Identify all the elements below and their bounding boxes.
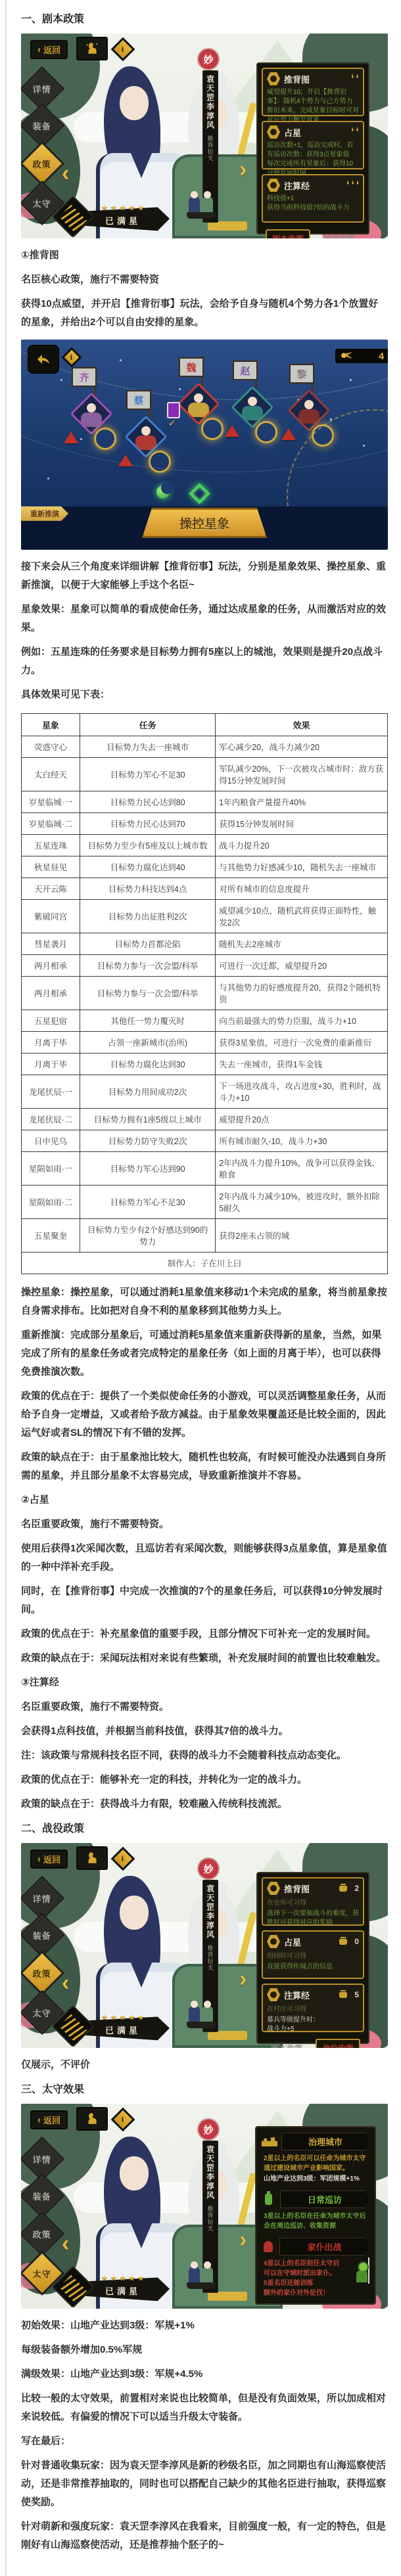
paragraph: ②占星 (21, 1491, 388, 1509)
table-row: 月离于毕 目标势力腐化达到30 失去一座城市，获得1车金钱 (22, 1054, 388, 1075)
constellation-badge-icon (281, 428, 296, 440)
target-ring-icon (312, 424, 334, 447)
star-icon: ★ (120, 2013, 126, 2022)
campaign-card-zhusuanjing[interactable]: 注算经5 在村庄可习得 募兵等级提升时： 战斗力+5 (262, 1984, 364, 2032)
table-row: 五星连珠 目标势力至少有5座及以上城市数 战斗力提升20 (22, 835, 388, 856)
text-block-1: ①推背图名臣核心政策，施行不需要特资获得10点威望，并开启【推背衍事】玩法，会给… (21, 246, 388, 332)
table-row: 日中见乌 目标势力防守失败2次 所有城市耐久-10，战斗力+30 (22, 1130, 388, 1152)
back-chevron-icon: ‹ (37, 2115, 41, 2125)
policy-hex-icon (267, 1988, 280, 2001)
crescent-gem-icon[interactable] (156, 485, 170, 499)
paragraph: 每级装备额外增加0.5%军规 (21, 2341, 388, 2359)
cell-effect: 军心减少20，战斗力减少20 (216, 736, 388, 758)
star-icon: ★ (129, 204, 135, 212)
full-star-label: 已满星 (105, 2284, 141, 2297)
cell-effect: 对所有城市的信息度提升 (216, 878, 388, 900)
star-icon: ★ (110, 2013, 117, 2022)
miao-grade-seal: 妙 (199, 2120, 218, 2139)
cell-task: 目标势力首都沦陷 (80, 933, 216, 955)
paragraph: 政策的缺点在于：获得战斗力有限，较难融入传统科技流派。 (21, 1795, 388, 1813)
paragraph: 重新推演：完成部分星象后，可通过消耗5星象值来重新获得新的星象，当然，如果完成了… (21, 1326, 388, 1381)
cell-task: 占领一座新城市(治所) (80, 1032, 216, 1054)
paragraph: 星象效果：星象可以简单的看成使命任务，通过达成星象的任务，从而激活对应的效果。 (21, 600, 388, 637)
paragraph: 例如：五星连珠的任务要求是目标势力拥有5座以上的城池，效果则是提升20点战斗力。 (21, 643, 388, 680)
cost-count: 5 (354, 1990, 359, 1999)
star-icon: ★ (101, 2013, 108, 2022)
back-button[interactable]: ‹返回 (30, 40, 68, 59)
cell-star: 星陨如雨·二 (22, 1186, 80, 1219)
paragraph: 比较一般的太守效果，前置相对来说也比较简单，但是没有负面效果，所以加成相对来说较… (21, 2389, 388, 2426)
cell-effect: 向当前最强大的势力臣服，战斗力+10 (216, 1010, 388, 1032)
section-heading-2: 二、战役政策 (21, 1820, 388, 1835)
paragraph: 操控星象：操控星象，可以通过消耗1星象值来移动1个未完成的星象，将当前星象按自身… (21, 1283, 388, 1320)
comet-icon (341, 351, 354, 361)
statue-button[interactable] (76, 1846, 108, 1870)
table-row: 龙尾伏辰·二 目标势力拥有1座5级以上城市 威望提升20点 (22, 1109, 388, 1130)
star-icon: ★ (129, 2013, 135, 2022)
table-row: 彗星袭月 目标势力首都沦陷 随机失去2座城市 (22, 933, 388, 955)
cell-effect: 失去一座城市，获得1车金钱 (216, 1054, 388, 1075)
table-row: 两月相承 目标势力参与一次会盟/科举 可进行一次迁都，威望提升20 (22, 955, 388, 977)
screenshot-campaign-policy: ‹返回 i 详情 装备 政策 太守 ‹ › 妙 袁天罡李淳风推背衍天 ★★★★★… (21, 1843, 388, 2048)
cost-quote-icons: ,, (349, 127, 359, 137)
cell-effect: 2年内战斗力提升10%，战争可以获得金钱、粮食 (216, 1152, 388, 1186)
faction-node[interactable]: 魏 ✓ (177, 356, 217, 461)
back-chevron-icon: ‹ (37, 45, 41, 55)
faction-flag: 齐 (72, 367, 97, 387)
paragraph: 名臣重要政策，施行不需要特资。 (21, 1698, 388, 1716)
cell-task: 目标势力出征胜利2次 (80, 900, 216, 933)
policy-tabs: 剧本政策 战役政策 (262, 227, 364, 238)
table-row: 五星聚奎 目标势力至少有2个好感达到90的势力 获得2座未占领的城 (22, 1219, 388, 1253)
prev-arrow-icon[interactable]: ‹ (62, 162, 69, 185)
paragraph: 政策的优点在于：能够补充一定的科技，并转化为一定的战斗力。 (21, 1771, 388, 1789)
cell-star: 荧惑守心 (22, 736, 80, 758)
paragraph: 政策的缺点在于：采闻玩法相对来说有些繁琐，补充发展时间的前置也比较难触发。 (21, 1649, 388, 1668)
back-arrow-icon (35, 351, 52, 367)
control-stars-button[interactable]: 操控星象 (142, 508, 267, 538)
star-icon: ★ (138, 2013, 145, 2022)
paragraph: 满级效果：山地产业达到3级：军规+4.5% (21, 2365, 388, 2384)
info-icon: i (122, 2115, 124, 2125)
paragraph: 政策的优点在于：补充星象值的重要手段，且部分情况下可补充一定的发展时间。 (21, 1625, 388, 1643)
cell-task: 目标势力民心达到80 (80, 791, 216, 813)
campaign-policy-panel: 推背图2 在仓库可习得 选择下一次要抽战斗的难度，获胜时可获得对应的奖励 占星0… (256, 1872, 369, 2044)
pot-cost-icon (339, 1939, 347, 1945)
table-row: 星陨如雨·一 目标势力军心达到90 2年内战斗力提升10%，战争可以获得金钱、粮… (22, 1152, 388, 1186)
table-row: 两月相承 目标势力参与一次会盟/科举 与其他势力的好感度提升20，获得2个随机特… (22, 977, 388, 1010)
paragraph: 使用后获得1次采闻次数，且巡访若有采闻次数，则能够获得3点星象值，算是星象值的一… (21, 1540, 388, 1576)
next-arrow-icon[interactable]: › (239, 158, 247, 181)
policy-hex-icon (267, 1935, 280, 1948)
paragraph: 同时，在【推背衍事】中完成一次推演的7个的星象任务后，可以获得10分钟发展时间。 (21, 1582, 388, 1619)
cell-star: 彗星袭月 (22, 933, 80, 955)
constellation-badge-icon (64, 432, 78, 443)
text-block-2: 接下来会从三个角度来详细讲解【推背衍事】玩法，分别是星象效果、操控星象、重新推演… (21, 558, 388, 704)
pot-cost-icon (339, 1992, 347, 1998)
city-icon (262, 2137, 277, 2146)
table-row: 五星犯宿 其他任一势力覆灭时 向当前最强大的势力臣服，战斗力+10 (22, 1010, 388, 1032)
learn-condition: 在村庄可习得 (267, 2003, 359, 2013)
faction-flag: 赵 (233, 361, 258, 380)
policy-hex-icon (267, 179, 280, 192)
info-button[interactable]: i (111, 1847, 135, 1871)
tab-script-policy[interactable]: 剧本政策 (266, 229, 310, 238)
info-button[interactable]: i (111, 2108, 135, 2132)
constellation-badge-icon (225, 425, 239, 437)
cell-star: 紫破同宫 (22, 900, 80, 933)
cell-task: 目标势力腐化达到30 (80, 1054, 216, 1075)
statue-icon (84, 41, 100, 56)
cell-task: 目标势力参与一次会盟/科举 (80, 955, 216, 977)
statue-icon (84, 2112, 100, 2126)
cell-task: 目标势力军心不足30 (80, 758, 216, 791)
star-effects-table: 星象 任务 效果 荧惑守心 目标势力失去一座城市 军心减少20，战斗力减少20 … (21, 713, 388, 1274)
constellation-badge-icon (118, 455, 133, 466)
miao-grade-seal: 妙 (199, 1859, 218, 1878)
cell-star: 五星犯宿 (22, 1010, 80, 1032)
cell-task: 目标势力至少有2个好感达到90的势力 (80, 1219, 216, 1253)
redo-deduction-ribbon[interactable]: 重新推演 (21, 506, 68, 521)
cell-task: 目标势力防守失败2次 (80, 1130, 216, 1152)
cell-effect: 获得2座未占领的城 (216, 1219, 388, 1253)
paragraph: ①推背图 (21, 246, 388, 265)
cell-effect: 2年内战斗力减少10%，被进攻时，额外扣除5耐久 (216, 1186, 388, 1219)
star-icon: ★ (138, 2274, 145, 2282)
table-row: 紫破同宫 目标势力出征胜利2次 威望减少10点，随机武将获得正面特性，触发2次 (22, 900, 388, 933)
cell-task: 目标势力至少有5座及以上城市数 (80, 835, 216, 856)
policy-panel: 推背图,, 威望提升10，开启【推背衍事】：随机4个势力与己方势力推衍未来，完成… (256, 62, 369, 234)
paragraph: 仅展示，不评价 (21, 2056, 388, 2074)
cell-task: 目标势力科技达到4点 (80, 878, 216, 900)
back-button[interactable]: ‹返回 (30, 2110, 68, 2129)
target-ring-icon (201, 418, 224, 440)
section-heading-3: 三、太守效果 (21, 2081, 388, 2096)
statue-icon (84, 1851, 100, 1865)
cell-task: 其他任一势力覆灭时 (80, 1010, 216, 1032)
star-value-counter: 4 (335, 349, 388, 363)
cost-count: 0 (354, 1937, 359, 1946)
table-footer-row: 制作人：子在川上曰 (22, 1253, 388, 1274)
diamond-gem-icon[interactable] (189, 483, 210, 504)
paragraph: 初始效果：山地产业达到3级：军规+1% (21, 2317, 388, 2335)
cell-effect: 威望减少10点，随机武将获得正面特性，触发2次 (216, 900, 388, 933)
cell-star: 太白经天 (22, 758, 80, 791)
policy-tabs: 剧本政策 战役政策 (262, 2037, 364, 2048)
policy-card-zhusuanjing[interactable]: 注算经,,, 科技值+1 获得当前科技值7倍的战斗力 (262, 174, 364, 223)
cell-effect: 威望提升20点 (216, 1109, 388, 1130)
cost-count: 2 (354, 1884, 359, 1893)
cell-star: 龙尾伏辰·二 (22, 1109, 80, 1130)
faction-flag: 魏 (179, 357, 204, 377)
cell-star: 岁星临城·一 (22, 791, 80, 813)
advisor-chibi-pair (187, 2260, 216, 2289)
full-star-label: 已满星 (105, 2024, 141, 2036)
cell-effect: 下一场进攻战斗，攻占进度+30，胜利时，战斗力+10 (216, 1075, 388, 1109)
cell-task: 目标势力参与一次会盟/科举 (80, 977, 216, 1010)
cell-star: 岁星临城·二 (22, 813, 80, 835)
govern-city-section: 治理城市 2星以上的名臣可以任命为城市太守 通过建设城市产业影响国家。 山地产业… (262, 2133, 369, 2184)
table-header-row: 星象 任务 效果 (22, 714, 388, 736)
shield-icon (51, 2265, 94, 2308)
star-icon: ★ (138, 204, 145, 212)
cell-effect: 军队减少20%，下一次被攻占城市时：敌方获得15分钟发展时间 (216, 758, 388, 791)
cell-effect: 随机失去2座城市 (216, 933, 388, 955)
daily-patrol-section: 日常巡访 3星以上的名臣在任命为城市太守后 会在周边巡访、收集资源 (262, 2190, 369, 2231)
paragraph: 接下来会从三个角度来详细讲解【推背衍事】玩法，分别是星象效果、操控星象、重新推演… (21, 558, 388, 594)
faction-node[interactable]: 蔡 ✓ (125, 389, 164, 494)
cell-task: 目标势力民心达到70 (80, 813, 216, 835)
col-header-task: 任务 (80, 714, 216, 736)
paragraph: 名臣重要政策，施行不需要特资。 (21, 1515, 388, 1534)
cell-star: 月离于毕 (22, 1032, 80, 1054)
table-row: 荧惑守心 目标势力失去一座城市 军心减少20，战斗力减少20 (22, 736, 388, 758)
miao-grade-seal: 妙 (199, 49, 218, 69)
paragraph: 政策的优点在于：提供了一个类似使命任务的小游戏，可以灵活调整星象任务，从而给予自… (21, 1387, 388, 1442)
cell-task: 目标势力军心达到90 (80, 1152, 216, 1186)
cell-star: 天开云陈 (22, 878, 80, 900)
soldier-chibi (354, 2261, 369, 2284)
advisor-chibi-pair (187, 1999, 216, 2028)
shield-icon (51, 195, 94, 238)
check-icon: ✓ (168, 418, 176, 429)
faction-flag: 蔡 (126, 390, 151, 410)
cell-effect: 所有城市耐久-10，战斗力+30 (216, 1130, 388, 1152)
tab-campaign-policy[interactable]: 战役政策 (316, 2039, 360, 2048)
prev-arrow-icon[interactable]: ‹ (62, 1972, 69, 1994)
cell-effect: 获得15分钟发展时间 (216, 813, 388, 835)
table-row: 天开云陈 目标势力科技达到4点 对所有城市的信息度提升 (22, 878, 388, 900)
tab-script-policy[interactable]: 剧本政策 (266, 2040, 308, 2048)
next-arrow-icon[interactable]: › (239, 2229, 247, 2251)
cell-effect: 与其他势力的好感度提升20，获得2个随机特资 (216, 977, 388, 1010)
advisor-chibi-pair (187, 190, 216, 219)
star-icon: ★ (129, 2274, 135, 2282)
faction-node[interactable]: 齐 ✓ (70, 366, 110, 471)
table-row: 秋星昼见 目标势力腐化达到40 与其他势力好感减少10，随机失去一座城市 (22, 856, 388, 878)
target-ring-icon (94, 428, 116, 450)
target-ring-icon (255, 421, 277, 443)
cell-star: 两月相承 (22, 955, 80, 977)
cell-task: 目标势力用间成功2次 (80, 1075, 216, 1109)
star-icon: ★ (101, 204, 108, 212)
cell-star: 两月相承 (22, 977, 80, 1010)
target-ring-icon (149, 451, 171, 473)
screenshot-script-policy: ‹返回 i 详情 装备 政策 太守 ‹ › 妙 袁天罡李淳风推背衍天 ★★★★★… (21, 33, 388, 238)
campaign-card-zhanxing[interactable]: 占星0 用间时可习得 直接获得传闻点的信息 (262, 1930, 364, 1979)
cell-effect: 与其他势力好感减少10，随机失去一座城市 (216, 856, 388, 878)
paragraph: 获得10点威望，并开启【推背衍事】玩法，会给予自身与随机4个势力各1个放置好的星… (21, 295, 388, 332)
cell-star: 五星聚奎 (22, 1219, 80, 1253)
cell-effect: 获得3星象值，可进行一次免费的重新推衍 (216, 1032, 388, 1054)
paragraph: 针对萌新和强度玩家：袁天罡李淳风在我看来，目前强度一般，有一定的特色，但是刚好有… (21, 2518, 388, 2554)
paragraph: 针对普通收集玩家：因为袁天罡李淳风是新的秒级名臣，加之同期也有山海巡察使活动，还… (21, 2456, 388, 2512)
star-row: ★★★★★ (101, 2013, 144, 2022)
cell-star: 日中见乌 (22, 1130, 80, 1152)
section-heading-1: 一、剧本政策 (21, 11, 388, 26)
star-icon: ★ (101, 2274, 108, 2282)
text-block-5: 初始效果：山地产业达到3级：军规+1%每级装备额外增加0.5%军规满级效果：山地… (21, 2317, 388, 2554)
col-header-star: 星象 (22, 714, 80, 736)
statue-button[interactable] (76, 37, 108, 60)
text-block-3: 操控星象：操控星象，可以通过消耗1星象值来移动1个未完成的星象，将当前星象按自身… (21, 1283, 388, 1813)
star-icon: ★ (120, 2274, 126, 2282)
paragraph: 政策的缺点在于：由于星象池比较大，随机性也较高，有时候可能没办法遇到自身所需的星… (21, 1448, 388, 1485)
col-header-effect: 效果 (216, 714, 388, 736)
cell-task: 目标势力失去一座城市 (80, 736, 216, 758)
star-rating-banner: ★★★★★ 已满星 (58, 199, 170, 233)
paragraph: 注：该政策与常规科技名臣不同，获得的战斗力不会随着科技点动态变化。 (21, 1746, 388, 1765)
cell-star: 月离于毕 (22, 1054, 80, 1075)
statue-button[interactable] (76, 2107, 108, 2131)
faction-node[interactable]: 赵 ✓ (231, 359, 271, 464)
cell-star: 星陨如雨·一 (22, 1152, 80, 1186)
star-icon: ★ (120, 204, 126, 212)
paragraph: ③注算经 (21, 1674, 388, 1692)
tab-campaign-policy[interactable]: 战役政策 (318, 231, 360, 238)
faction-node[interactable]: 黎 ✓ (288, 363, 327, 468)
text-block-4: 仅展示，不评价 (21, 2056, 388, 2074)
back-button[interactable]: ‹返回 (30, 1850, 68, 1869)
cell-effect: 战斗力提升20 (216, 835, 388, 856)
star-icon: ★ (110, 204, 117, 212)
prev-arrow-icon[interactable]: ‹ (62, 2232, 69, 2255)
info-button[interactable]: i (111, 37, 135, 62)
taishou-panel: 治理城市 2星以上的名臣可以任命为城市太守 通过建设城市产业影响国家。 山地产业… (255, 2126, 376, 2305)
star-value-count: 4 (379, 351, 384, 361)
paragraph: 会获得1点科技值，并根据当前科技值，获得其7倍的战斗力。 (21, 1722, 388, 1741)
pot-cost-icon (339, 1886, 347, 1892)
faction-flag: 黎 (289, 364, 314, 384)
table-row: 星陨如雨·二 目标势力军心不足30 2年内战斗力减少10%，被进攻时，额外扣除5… (22, 1186, 388, 1219)
star-rating-banner: ★★★★★ 已满星 (58, 2269, 170, 2303)
learn-condition: 在仓库可习得 (267, 1897, 359, 1907)
star-row: ★★★★★ (101, 2274, 144, 2282)
bottle-icon (265, 2194, 272, 2205)
policy-card-zhanxing[interactable]: 占星,, 巡访次数+1，巡访完成时，若有巡访次数：获得3点星象值 每次完成所有星… (262, 121, 364, 169)
cell-task: 目标势力腐化达到40 (80, 856, 216, 878)
cell-star: 秋星昼见 (22, 856, 80, 878)
cost-quote-icons: ,, (349, 74, 359, 84)
cost-quote-icons: ,,, (344, 180, 359, 190)
info-icon: i (122, 45, 124, 55)
table-row: 太白经天 目标势力军心不足30 军队减少20%，下一次被攻占城市时：敌方获得15… (22, 758, 388, 791)
shield-icon (51, 2005, 94, 2047)
placed-star-card-icon (167, 402, 180, 418)
servant-icon (264, 2241, 273, 2252)
table-row: 岁星临城·一 目标势力民心达到80 1年内粮食产量提升40% (22, 791, 388, 813)
campaign-card-tuibeitu[interactable]: 推背图2 在仓库可习得 选择下一次要抽战斗的难度，获胜时可获得对应的奖励 (262, 1877, 364, 1926)
back-chevron-icon: ‹ (37, 1854, 41, 1864)
cell-effect: 可进行一次迁都，威望提升20 (216, 955, 388, 977)
policy-hex-icon (267, 125, 280, 139)
paragraph: 写在最后： (21, 2432, 388, 2451)
paragraph: 名臣核心政策，施行不需要特资 (21, 271, 388, 289)
table-row: 龙尾伏辰·一 目标势力用间成功2次 下一场进攻战斗，攻占进度+30，胜利时，战斗… (22, 1075, 388, 1109)
cell-effect: 1年内粮食产量提升40% (216, 791, 388, 813)
full-star-label: 已满星 (105, 214, 141, 227)
table-row: 岁星临城·二 目标势力民心达到70 获得15分钟发展时间 (22, 813, 388, 835)
screenshot-taishou-effects: ‹返回 i 详情 装备 政策 太守 ‹ › 妙 袁天罡李淳风推背衍天 ★★★★★… (21, 2104, 388, 2309)
paragraph: 具体效果可见下表： (21, 686, 388, 704)
table-row: 月离于毕 占领一座新城市(治所) 获得3星象值，可进行一次免费的重新推衍 (22, 1032, 388, 1054)
star-icon: ★ (110, 2274, 117, 2282)
back-button[interactable] (28, 345, 59, 374)
star-rating-banner: ★★★★★ 已满星 (58, 2009, 170, 2043)
policy-hex-icon (267, 72, 280, 85)
next-arrow-icon[interactable]: › (239, 1968, 247, 1990)
learn-condition: 用间时可习得 (267, 1950, 359, 1960)
cell-task: 目标势力拥有1座5级以上城市 (80, 1109, 216, 1130)
policy-hex-icon (267, 1882, 280, 1895)
screenshot-star-map: i 4 齐 ✓ 蔡 (21, 340, 388, 550)
info-icon: i (122, 1854, 124, 1864)
table-author: 制作人：子在川上曰 (22, 1253, 388, 1274)
cell-star: 龙尾伏辰·一 (22, 1075, 80, 1109)
star-row: ★★★★★ (101, 204, 144, 212)
policy-card-tuibeitu[interactable]: 推背图,, 威望提升10，开启【推背衍事】：随机4个势力与己方势力推衍未来，完成… (262, 68, 364, 116)
cell-star: 五星连珠 (22, 835, 80, 856)
cell-task: 目标势力军心不足30 (80, 1186, 216, 1219)
article-page: 一、剧本政策 ‹返回 i 详情 装备 政策 太守 ‹ › 妙 袁天罡李淳风推背衍… (0, 0, 396, 2576)
